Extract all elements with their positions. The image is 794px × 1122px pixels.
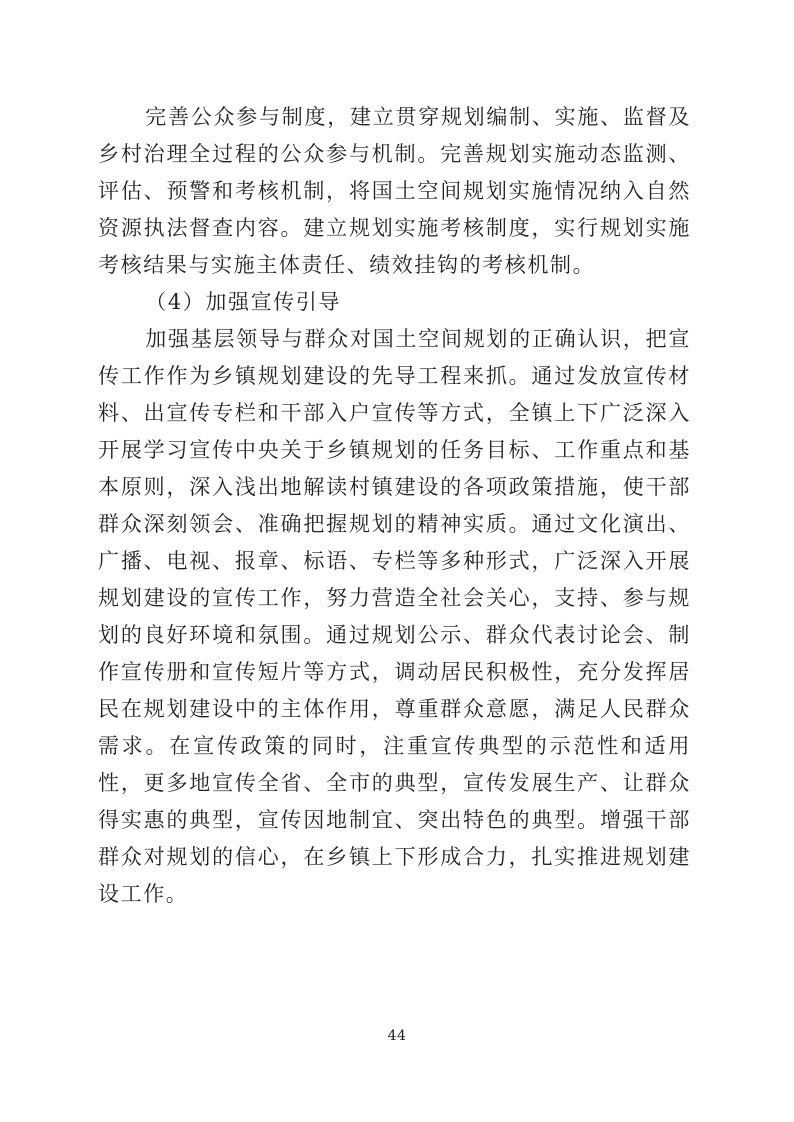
document-page: 完善公众参与制度，建立贯穿规划编制、实施、监督及乡村治理全过程的公众参与机制。完… (0, 0, 794, 1122)
paragraph-publicity-guidance-body: 加强基层领导与群众对国土空间规划的正确认识，把宣传工作作为乡镇规划建设的先导工程… (98, 321, 691, 913)
paragraph-public-participation: 完善公众参与制度，建立贯穿规划编制、实施、监督及乡村治理全过程的公众参与机制。完… (98, 99, 691, 284)
page-number: 44 (0, 1028, 794, 1044)
section-heading-4-publicity-guidance: （4）加强宣传引导 (98, 284, 691, 321)
document-body: 完善公众参与制度，建立贯穿规划编制、实施、监督及乡村治理全过程的公众参与机制。完… (98, 99, 691, 913)
